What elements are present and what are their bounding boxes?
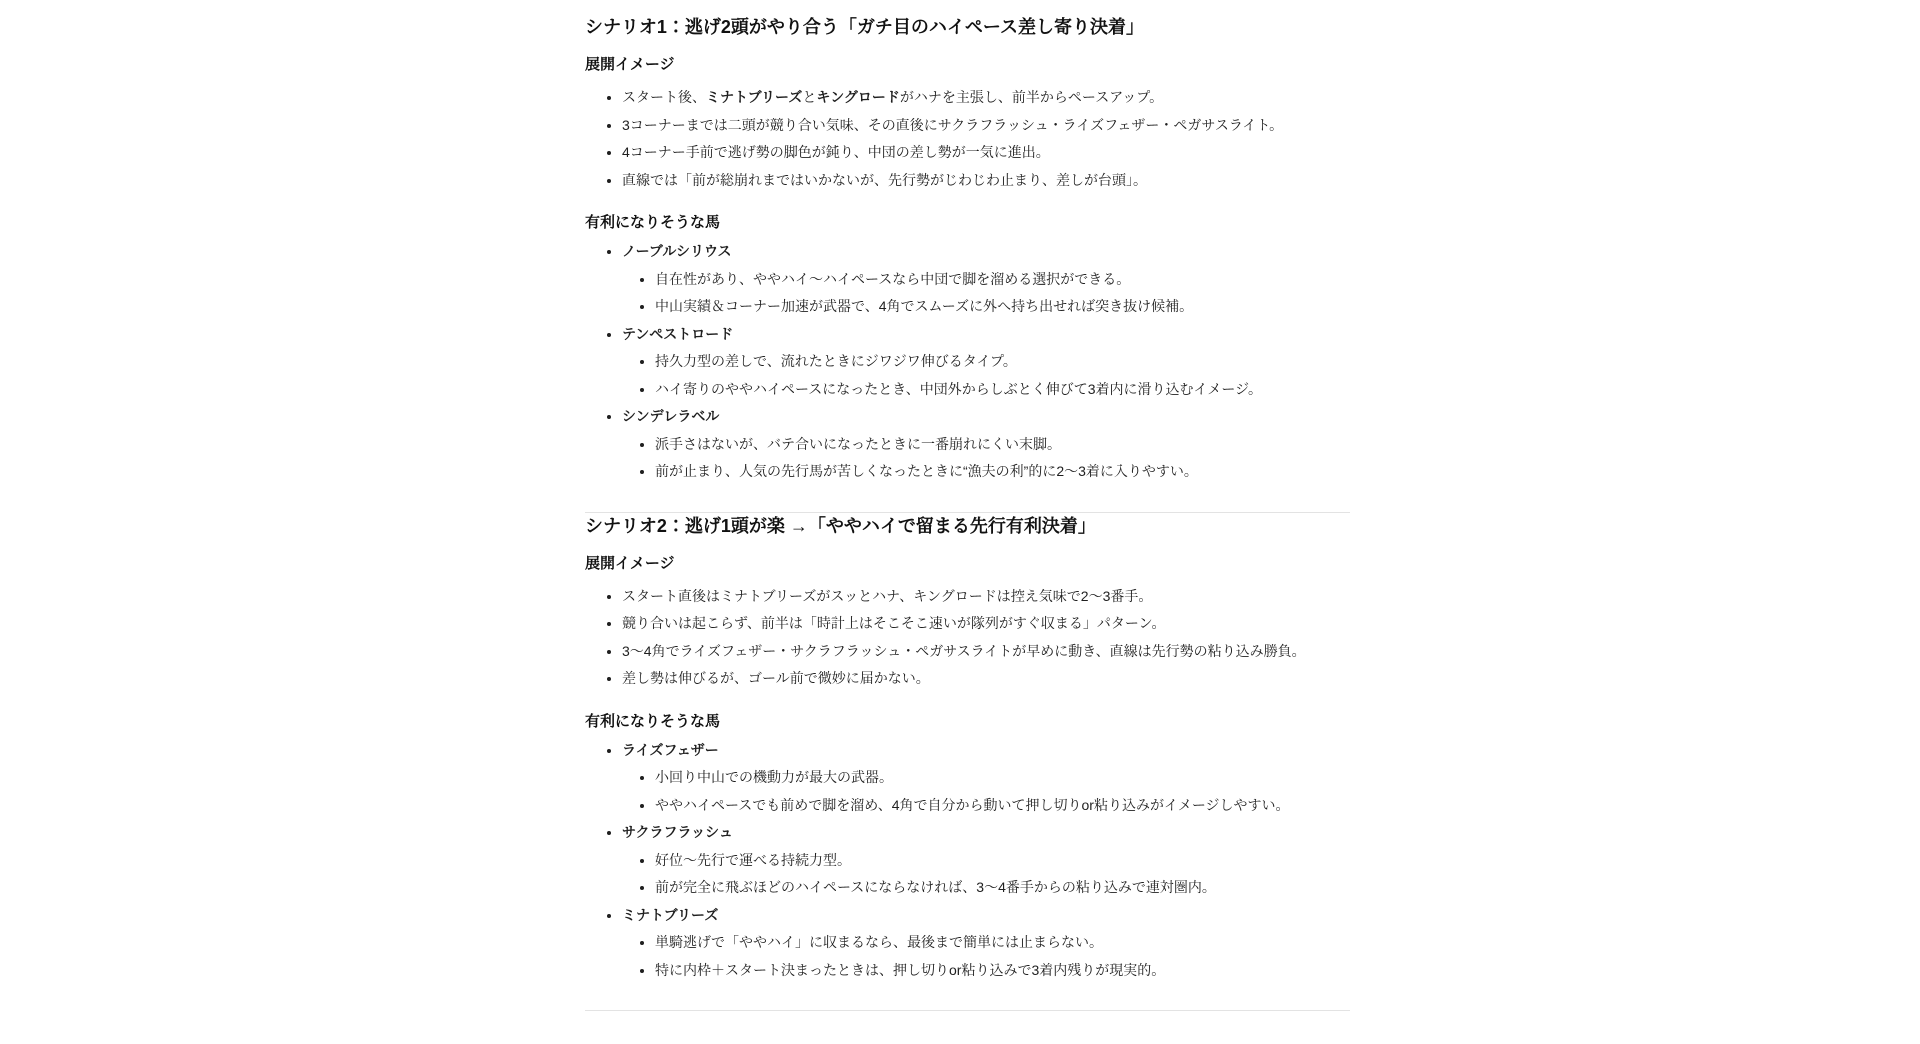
- scenario2-horses-list: ライズフェザー 小回り中山での機動力が最大の武器。 ややハイペースでも前めで脚を…: [585, 737, 1350, 985]
- horse-point: 特に内枠＋スタート決まったときは、押し切りor粘り込みで3着内残りが現実的。: [655, 957, 1350, 985]
- scenario2-title: シナリオ2：逃げ1頭が楽 →「ややハイで留まる先行有利決着」: [585, 513, 1350, 539]
- horse-points: 派手さはないが、バテ合いになったときに一番崩れにくい末脚。 前が止まり、人気の先…: [622, 431, 1350, 486]
- horse-point: 中山実績＆コーナー加速が武器で、4角でスムーズに外へ持ち出せれば突き抜け候補。: [655, 293, 1350, 321]
- horse-item: テンペストロード 持久力型の差しで、流れたときにジワジワ伸びるタイプ。 ハイ寄り…: [622, 321, 1350, 404]
- list-item: スタート直後はミナトブリーズがスッとハナ、キングロードは控え気味で2～3番手。: [622, 583, 1350, 611]
- horse-point: 自在性があり、ややハイ～ハイペースなら中団で脚を溜める選択ができる。: [655, 266, 1350, 294]
- horse-point: 前が完全に飛ぶほどのハイペースにならなければ、3～4番手からの粘り込みで連対圏内…: [655, 874, 1350, 902]
- scenario1-horses-heading: 有利になりそうな馬: [585, 212, 1350, 234]
- horse-point: ハイ寄りのややハイペースになったとき、中団外からしぶとく伸びて3着内に滑り込むイ…: [655, 376, 1350, 404]
- list-item: 4コーナー手前で逃げ勢の脚色が鈍り、中団の差し勢が一気に進出。: [622, 139, 1350, 167]
- horse-name: ノーブルシリウス: [622, 243, 732, 259]
- section-divider: [585, 1010, 1350, 1011]
- scenario1-development-list: スタート後、ミナトブリーズとキングロードがハナを主張し、前半からペースアップ。 …: [585, 84, 1350, 194]
- scenario2-horses-heading: 有利になりそうな馬: [585, 711, 1350, 733]
- development-text: と: [802, 89, 816, 105]
- horse-item: シンデレラベル 派手さはないが、バテ合いになったときに一番崩れにくい末脚。 前が…: [622, 403, 1350, 486]
- horse-points: 単騎逃げで「ややハイ」に収まるなら、最後まで簡単には止まらない。 特に内枠＋スタ…: [622, 929, 1350, 984]
- development-text: スタート後、: [622, 89, 706, 105]
- horse-item: ノーブルシリウス 自在性があり、ややハイ～ハイペースなら中団で脚を溜める選択がで…: [622, 238, 1350, 321]
- horse-name: シンデレラベル: [622, 408, 719, 424]
- horse-point: 単騎逃げで「ややハイ」に収まるなら、最後まで簡単には止まらない。: [655, 929, 1350, 957]
- horse-item: サクラフラッシュ 好位～先行で運べる持続力型。 前が完全に飛ぶほどのハイペースに…: [622, 819, 1350, 902]
- horse-point: 前が止まり、人気の先行馬が苦しくなったときに“漁夫の利”的に2～3着に入りやすい…: [655, 458, 1350, 486]
- horse-points: 自在性があり、ややハイ～ハイペースなら中団で脚を溜める選択ができる。 中山実績＆…: [622, 266, 1350, 321]
- horse-name: サクラフラッシュ: [622, 824, 733, 840]
- horse-item: ライズフェザー 小回り中山での機動力が最大の武器。 ややハイペースでも前めで脚を…: [622, 737, 1350, 820]
- horse-point: ややハイペースでも前めで脚を溜め、4角で自分から動いて押し切りor粘り込みがイメ…: [655, 792, 1350, 820]
- horse-name: ミナトブリーズ: [622, 907, 718, 923]
- list-item: 3コーナーまでは二頭が競り合い気味、その直後にサクラフラッシュ・ライズフェザー・…: [622, 112, 1350, 140]
- list-item: 差し勢は伸びるが、ゴール前で微妙に届かない。: [622, 665, 1350, 693]
- horse-point: 持久力型の差しで、流れたときにジワジワ伸びるタイプ。: [655, 348, 1350, 376]
- horse-points: 好位～先行で運べる持続力型。 前が完全に飛ぶほどのハイペースにならなければ、3～…: [622, 847, 1350, 902]
- list-item: スタート後、ミナトブリーズとキングロードがハナを主張し、前半からペースアップ。: [622, 84, 1350, 112]
- horse-name: ライズフェザー: [622, 742, 719, 758]
- horse-name: テンペストロード: [622, 326, 733, 342]
- scenario2-development-heading: 展開イメージ: [585, 553, 1350, 575]
- horse-point: 小回り中山での機動力が最大の武器。: [655, 764, 1350, 792]
- development-text: がハナを主張し、前半からペースアップ。: [900, 89, 1163, 105]
- scenario1-horses-list: ノーブルシリウス 自在性があり、ややハイ～ハイペースなら中団で脚を溜める選択がで…: [585, 238, 1350, 486]
- list-item: 競り合いは起こらず、前半は「時計上はそこそこ速いが隊列がすぐ収まる」パターン。: [622, 610, 1350, 638]
- horse-points: 小回り中山での機動力が最大の武器。 ややハイペースでも前めで脚を溜め、4角で自分…: [622, 764, 1350, 819]
- horse-point: 派手さはないが、バテ合いになったときに一番崩れにくい末脚。: [655, 431, 1350, 459]
- scenario1-development-heading: 展開イメージ: [585, 54, 1350, 76]
- document-body: シナリオ1：逃げ2頭がやり合う「ガチ目のハイペース差し寄り決着」 展開イメージ …: [585, 0, 1350, 1011]
- list-item: 直線では「前が総崩れまではいかないが、先行勢がじわじわ止まり、差しが台頭」。: [622, 167, 1350, 195]
- horse-point: 好位～先行で運べる持続力型。: [655, 847, 1350, 875]
- scenario2-development-list: スタート直後はミナトブリーズがスッとハナ、キングロードは控え気味で2～3番手。 …: [585, 583, 1350, 693]
- horse-points: 持久力型の差しで、流れたときにジワジワ伸びるタイプ。 ハイ寄りのややハイペースに…: [622, 348, 1350, 403]
- horse-name-inline: キングロード: [816, 89, 900, 105]
- horse-name-inline: ミナトブリーズ: [706, 89, 802, 105]
- list-item: 3～4角でライズフェザー・サクラフラッシュ・ペガサスライトが早めに動き、直線は先…: [622, 638, 1350, 666]
- scenario1-title: シナリオ1：逃げ2頭がやり合う「ガチ目のハイペース差し寄り決着」: [585, 14, 1350, 40]
- horse-item: ミナトブリーズ 単騎逃げで「ややハイ」に収まるなら、最後まで簡単には止まらない。…: [622, 902, 1350, 985]
